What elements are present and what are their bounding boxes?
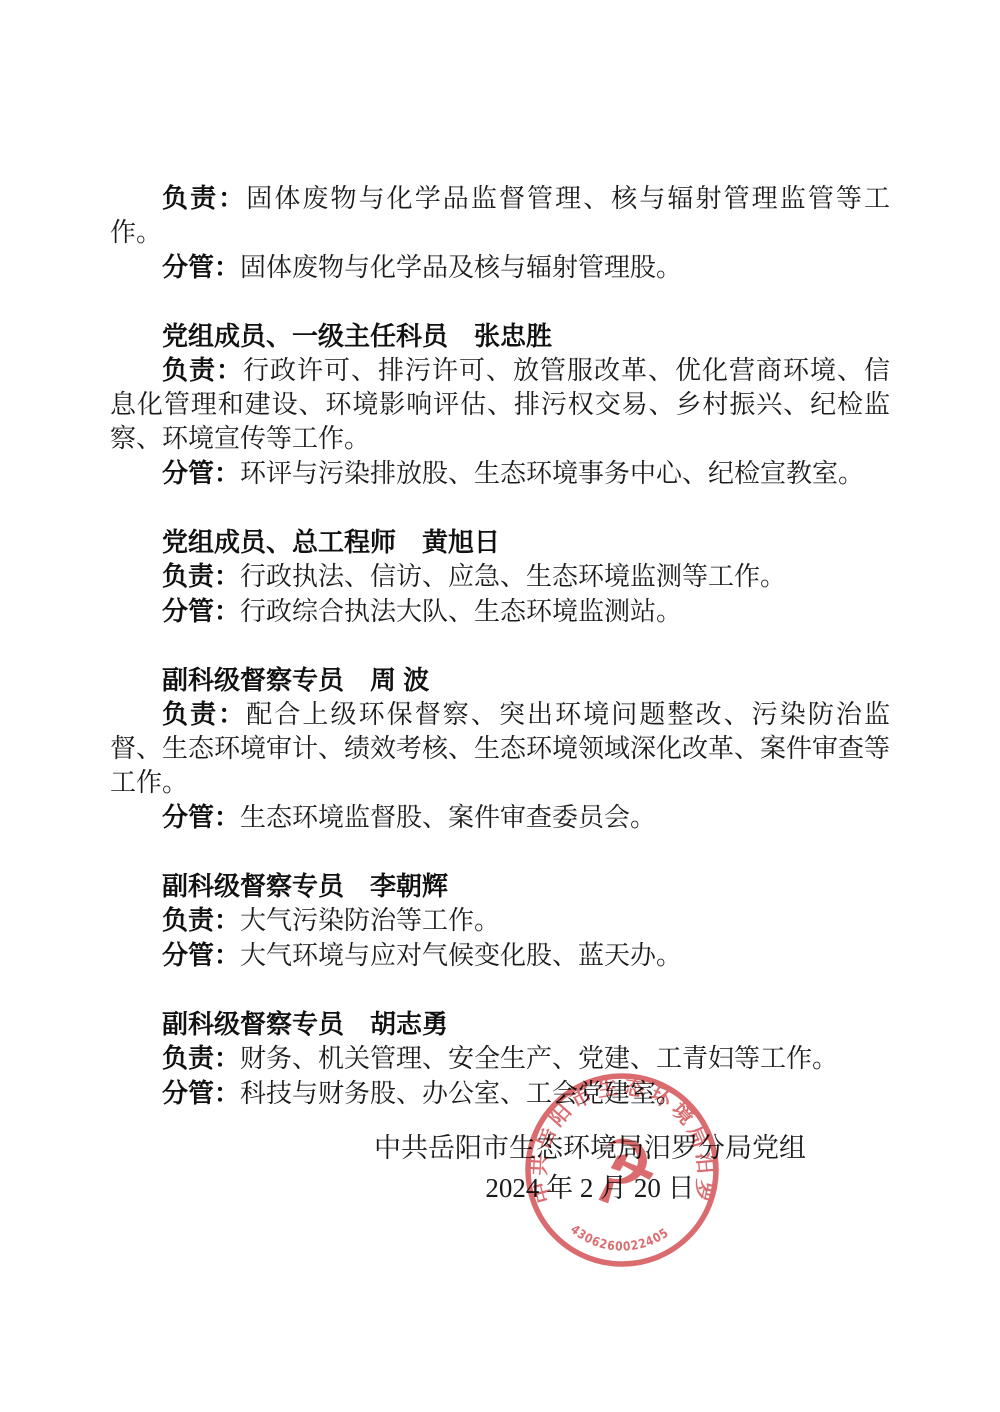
officer-section: 党组成员、一级主任科员 张忠胜 负责：行政许可、排污许可、放管服改革、优化营商环…	[110, 319, 890, 491]
charge-paragraph: 分管：固体废物与化学品及核与辐射管理股。	[110, 250, 890, 285]
charge-label: 分管：	[162, 458, 240, 488]
charge-label: 分管：	[162, 802, 240, 832]
duty-label: 负责：	[162, 183, 246, 213]
document-body: 负责：固体废物与化学品监督管理、核与辐射管理监管等工作。 分管：固体废物与化学品…	[110, 181, 890, 1111]
charge-text: 大气环境与应对气候变化股、蓝天办。	[240, 941, 682, 970]
duty-text: 财务、机关管理、安全生产、党建、工青妇等工作。	[240, 1044, 838, 1073]
duty-paragraph: 负责：行政执法、信访、应急、生态环境监测等工作。	[110, 559, 890, 594]
charge-text: 行政综合执法大队、生态环境监测站。	[240, 597, 682, 626]
duty-label: 负责：	[162, 355, 243, 385]
duty-label: 负责：	[162, 561, 240, 591]
charge-text: 科技与财务股、办公室、工会党建室。	[240, 1079, 682, 1108]
officer-title: 副科级督察专员 周 波	[110, 663, 890, 697]
officer-section: 副科级督察专员 胡志勇 负责：财务、机关管理、安全生产、党建、工青妇等工作。 分…	[110, 1007, 890, 1111]
charge-label: 分管：	[162, 1078, 240, 1108]
officer-title: 副科级督察专员 李朝辉	[110, 869, 890, 903]
charge-paragraph: 分管：生态环境监督股、案件审查委员会。	[110, 800, 890, 835]
signature-org: 中共岳阳市生态环境局汨罗分局党组	[360, 1128, 820, 1168]
officer-title: 副科级督察专员 胡志勇	[110, 1007, 890, 1041]
officer-title: 党组成员、一级主任科员 张忠胜	[110, 319, 890, 353]
officer-title: 党组成员、总工程师 黄旭日	[110, 525, 890, 559]
duty-label: 负责：	[162, 905, 240, 935]
charge-paragraph: 分管：科技与财务股、办公室、工会党建室。	[110, 1076, 890, 1111]
officer-section: 副科级督察专员 周 波 负责：配合上级环保督察、突出环境问题整改、污染防治监督、…	[110, 663, 890, 835]
officer-section: 负责：固体废物与化学品监督管理、核与辐射管理监管等工作。 分管：固体废物与化学品…	[110, 181, 890, 285]
charge-label: 分管：	[162, 596, 240, 626]
charge-paragraph: 分管：环评与污染排放股、生态环境事务中心、纪检宣教室。	[110, 456, 890, 491]
signature-block: 中共岳阳市生态环境局汨罗分局党组 2024 年 2 月 20 日	[360, 1128, 820, 1208]
charge-label: 分管：	[162, 940, 240, 970]
officer-section: 副科级督察专员 李朝辉 负责：大气污染防治等工作。 分管：大气环境与应对气候变化…	[110, 869, 890, 973]
duty-label: 负责：	[162, 1043, 240, 1073]
duty-text: 大气污染防治等工作。	[240, 906, 500, 935]
charge-paragraph: 分管：大气环境与应对气候变化股、蓝天办。	[110, 938, 890, 973]
duty-paragraph: 负责：配合上级环保督察、突出环境问题整改、污染防治监督、生态环境审计、绩效考核、…	[110, 697, 890, 800]
charge-text: 生态环境监督股、案件审查委员会。	[240, 803, 656, 832]
seal-code-holder: 4306260022405	[568, 1221, 671, 1253]
duty-paragraph: 负责：固体废物与化学品监督管理、核与辐射管理监管等工作。	[110, 181, 890, 250]
duty-paragraph: 负责：财务、机关管理、安全生产、党建、工青妇等工作。	[110, 1041, 890, 1076]
duty-paragraph: 负责：行政许可、排污许可、放管服改革、优化营商环境、信息化管理和建设、环境影响评…	[110, 353, 890, 456]
charge-text: 固体废物与化学品及核与辐射管理股。	[240, 253, 682, 282]
charge-paragraph: 分管：行政综合执法大队、生态环境监测站。	[110, 594, 890, 629]
officer-section: 党组成员、总工程师 黄旭日 负责：行政执法、信访、应急、生态环境监测等工作。 分…	[110, 525, 890, 629]
duty-text: 行政执法、信访、应急、生态环境监测等工作。	[240, 562, 786, 591]
document-page: 负责：固体废物与化学品监督管理、核与辐射管理监管等工作。 分管：固体废物与化学品…	[0, 0, 1000, 1412]
duty-label: 负责：	[162, 699, 246, 729]
charge-text: 环评与污染排放股、生态环境事务中心、纪检宣教室。	[240, 459, 864, 488]
duty-paragraph: 负责：大气污染防治等工作。	[110, 903, 890, 938]
charge-label: 分管：	[162, 252, 240, 282]
signature-date: 2024 年 2 月 20 日	[360, 1168, 820, 1208]
seal-code: 4306260022405	[568, 1221, 671, 1253]
